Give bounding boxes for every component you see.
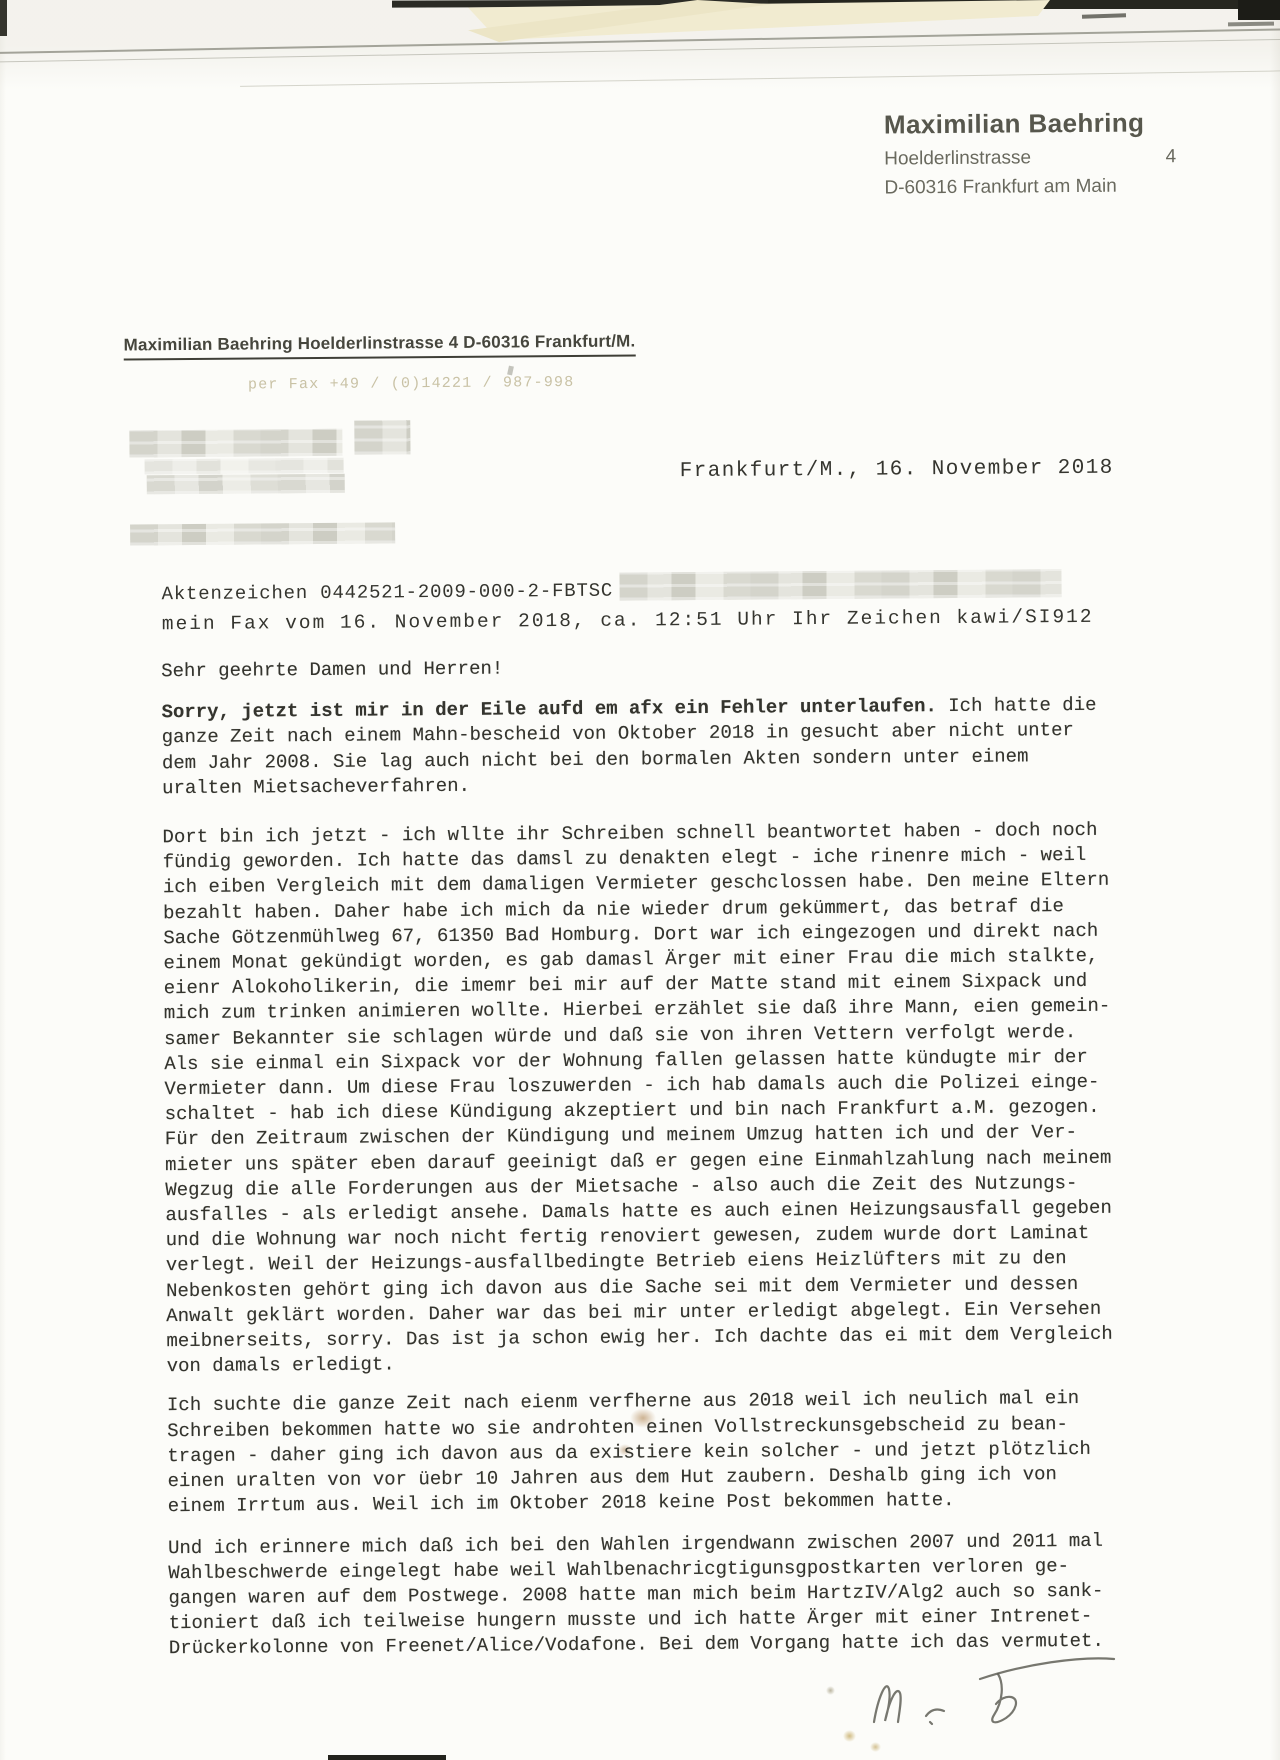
redacted-recipient-line bbox=[354, 420, 410, 454]
sender-address-line: Maximilian Baehring Hoelderlinstrasse 4 … bbox=[124, 331, 636, 360]
letterhead: Maximilian Baehring Hoelderlinstrasse 4 … bbox=[884, 107, 1177, 199]
handwritten-signature bbox=[820, 1646, 1280, 1758]
paragraph-2: Dort bin ich jetzt - ich wllte ihr Schre… bbox=[162, 817, 1176, 1379]
faded-fax-line: per Fax +49 / (0)14221 / 987-998 bbox=[248, 374, 575, 394]
sender-street-row: Hoelderlinstrasse 4 bbox=[884, 146, 1176, 170]
redacted-recipient-line bbox=[145, 458, 344, 475]
redacted-recipient-line bbox=[130, 522, 395, 545]
letter-content: Maximilian Baehring Hoelderlinstrasse 4 … bbox=[0, 0, 1280, 1760]
sender-name: Maximilian Baehring bbox=[884, 107, 1176, 140]
paragraph-4: Und ich erinnere mich daß ich bei den Wa… bbox=[168, 1528, 1179, 1662]
signature-strokes bbox=[820, 1646, 1280, 1758]
date-line: Frankfurt/M., 16. November 2018 bbox=[680, 457, 1114, 483]
sender-city: D-60316 Frankfurt am Main bbox=[884, 175, 1176, 199]
redacted-case-number bbox=[619, 569, 1061, 600]
letter-body: Sehr geehrte Damen und Herren! Sorry, je… bbox=[161, 651, 1179, 1661]
salutation: Sehr geehrte Damen und Herren! bbox=[161, 651, 1171, 684]
paragraph-1-bold-lead: Sorry, jetzt ist mir in der Eile aufd em… bbox=[161, 695, 936, 723]
redacted-recipient-line bbox=[147, 474, 345, 495]
sender-street: Hoelderlinstrasse bbox=[884, 147, 1031, 170]
sender-house-number: 4 bbox=[1166, 146, 1177, 168]
fax-reference-line: mein Fax vom 16. November 2018, ca. 12:5… bbox=[162, 602, 1094, 639]
redacted-recipient-line bbox=[129, 429, 342, 458]
paragraph-3: Ich suchte die ganze Zeit nach eienm ver… bbox=[167, 1386, 1178, 1520]
paragraph-1: Sorry, jetzt ist mir in der Eile aufd em… bbox=[161, 692, 1172, 801]
